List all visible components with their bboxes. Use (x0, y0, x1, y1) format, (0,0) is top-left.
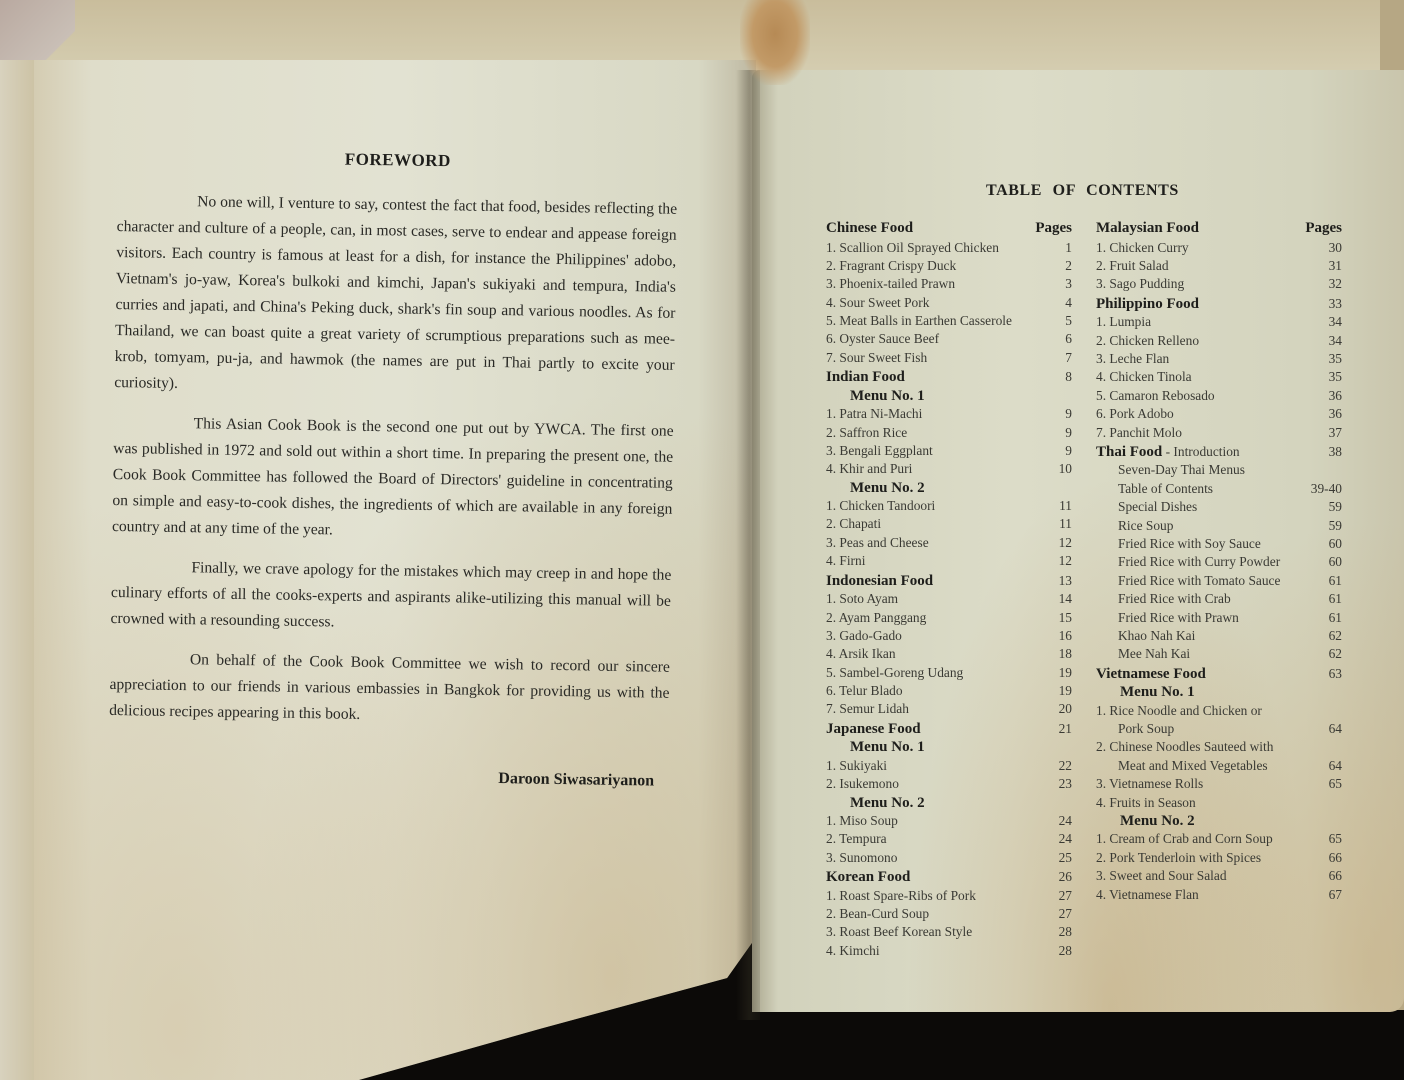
toc-entry-page: 10 (1046, 460, 1072, 478)
toc-entry-label: 3. Sunomono (826, 849, 1046, 867)
toc-entry: 1. Cream of Crab and Corn Soup65 (1096, 830, 1342, 848)
toc-entry-page: 64 (1316, 757, 1342, 775)
toc-entry-page: 36 (1316, 405, 1342, 423)
toc-entry-label: 1. Chicken Tandoori (826, 497, 1046, 515)
toc-entry: 2. Bean-Curd Soup27 (826, 905, 1072, 923)
toc-entry-page: 23 (1046, 775, 1072, 793)
toc-entry: Special Dishes59 (1096, 498, 1342, 516)
toc-entry-page: 14 (1046, 590, 1072, 608)
toc-entry: 4. Chicken Tinola35 (1096, 368, 1342, 386)
foreword-paragraph: No one will, I venture to say, contest t… (114, 188, 677, 405)
toc-entry-label: 5. Sambel-Goreng Udang (826, 664, 1046, 682)
toc-entry: 6. Oyster Sauce Beef6 (826, 330, 1072, 348)
toc-entry-page: 36 (1316, 387, 1342, 405)
toc-entry-label: 1. Lumpia (1096, 313, 1316, 331)
toc-entry-label: Menu No. 2 (826, 794, 1046, 812)
toc-entry-label: 3. Sweet and Sour Salad (1096, 867, 1316, 885)
toc-entry-label: 1. Roast Spare-Ribs of Pork (826, 887, 1046, 905)
toc-menu-heading: Menu No. 2 (826, 479, 1072, 497)
toc-entry-page: 16 (1046, 627, 1072, 645)
toc-entry: 3. Leche Flan35 (1096, 350, 1342, 368)
toc-entry-page: 67 (1316, 886, 1342, 904)
toc-entry-page: 66 (1316, 849, 1342, 867)
toc-entry-page: 34 (1316, 313, 1342, 331)
toc-entry-page: 19 (1046, 664, 1072, 682)
toc-entry: 1. Sukiyaki22 (826, 757, 1072, 775)
toc-menu-heading: Menu No. 2 (826, 794, 1072, 812)
toc-entry-label: Meat and Mixed Vegetables (1096, 757, 1316, 775)
toc-entry-page: 31 (1316, 257, 1342, 275)
toc-entry: 3. Peas and Cheese12 (826, 534, 1072, 552)
toc-entry-page: 61 (1316, 572, 1342, 590)
toc-entry: 3. Gado-Gado16 (826, 627, 1072, 645)
toc-entry-label: 3. Peas and Cheese (826, 534, 1046, 552)
toc-entry-label: 3. Phoenix-tailed Prawn (826, 275, 1046, 293)
toc-section-heading: Indonesian Food13 (826, 571, 1072, 591)
toc-entry: 1. Miso Soup24 (826, 812, 1072, 830)
toc-title: TABLE OF CONTENTS (986, 182, 1179, 200)
toc-entry-page: 35 (1316, 350, 1342, 368)
toc-entry-page: 32 (1316, 275, 1342, 293)
toc-entry-label: 1. Cream of Crab and Corn Soup (1096, 830, 1316, 848)
toc-entry-page: 62 (1316, 627, 1342, 645)
toc-entry-label: 5. Meat Balls in Earthen Casserole (826, 312, 1046, 330)
toc-entry-page: 12 (1046, 534, 1072, 552)
toc-entry-page: 33 (1316, 294, 1342, 314)
toc-entry: Fried Rice with Soy Sauce60 (1096, 535, 1342, 553)
toc-entry: 7. Panchit Molo37 (1096, 424, 1342, 442)
toc-menu-heading: Menu No. 1 (826, 738, 1072, 756)
toc-entry-page: 8 (1046, 367, 1072, 387)
toc-entry: 1. Rice Noodle and Chicken or (1096, 702, 1342, 720)
toc-entry: 1. Roast Spare-Ribs of Pork27 (826, 887, 1072, 905)
toc-entry-label: 3. Leche Flan (1096, 350, 1316, 368)
toc-entry: 4. Fruits in Season (1096, 794, 1342, 812)
toc-entry-page: 61 (1316, 590, 1342, 608)
paper-stain (740, 0, 810, 85)
toc-entry-label: Indonesian Food (826, 572, 1046, 592)
toc-entry-label: Menu No. 1 (1096, 683, 1316, 701)
toc-entry-page: 21 (1046, 719, 1072, 739)
foreword-paragraph: On behalf of the Cook Book Committee we … (109, 646, 670, 733)
toc-entry-page: 59 (1316, 498, 1342, 516)
toc-entry-page: 26 (1046, 867, 1072, 887)
toc-entry-page: 11 (1046, 497, 1072, 515)
toc-entry: 2. Chinese Noodles Sauteed with (1096, 738, 1342, 756)
toc-entry: 1. Soto Ayam14 (826, 590, 1072, 608)
toc-entry-label: Vietnamese Food (1096, 665, 1316, 685)
toc-entry-page: 60 (1316, 535, 1342, 553)
toc-entry-label: 1. Chicken Curry (1096, 239, 1316, 257)
toc-entry-label: Indian Food (826, 368, 1046, 388)
toc-entry-page: 37 (1316, 424, 1342, 442)
toc-entry: 3. Vietnamese Rolls65 (1096, 775, 1342, 793)
toc-section-heading: Vietnamese Food63 (1096, 664, 1342, 684)
toc-entry-label: Seven-Day Thai Menus (1096, 461, 1316, 479)
toc-entry: 4. Khir and Puri10 (826, 460, 1072, 478)
toc-entry-label: 4. Arsik Ikan (826, 645, 1046, 663)
toc-entry-label: Thai Food - Introduction (1096, 442, 1316, 463)
toc-entry: 2. Pork Tenderloin with Spices66 (1096, 849, 1342, 867)
toc-entry: Meat and Mixed Vegetables64 (1096, 757, 1342, 775)
toc-section-heading: Japanese Food21 (826, 719, 1072, 739)
toc-entry-label: 4. Chicken Tinola (1096, 368, 1316, 386)
toc-entry-page: 9 (1046, 424, 1072, 442)
toc-entry: 3. Roast Beef Korean Style28 (826, 923, 1072, 941)
toc-entry-page: 39-40 (1307, 480, 1342, 498)
toc-entry: Mee Nah Kai62 (1096, 645, 1342, 663)
toc-entry-page: 28 (1046, 942, 1072, 960)
toc-section-heading: Philippino Food33 (1096, 294, 1342, 314)
toc-entry-page: 60 (1316, 553, 1342, 571)
toc-entry-page: 7 (1046, 349, 1072, 367)
toc-entry: 1. Scallion Oil Sprayed Chicken1 (826, 239, 1072, 257)
toc-entry-page: 2 (1046, 257, 1072, 275)
toc-entry-label: 3. Sago Pudding (1096, 275, 1316, 293)
toc-entry-label: 3. Gado-Gado (826, 627, 1046, 645)
toc-entry-label: 7. Sour Sweet Fish (826, 349, 1046, 367)
toc-entry: 2. Fragrant Crispy Duck2 (826, 257, 1072, 275)
toc-entry-page: 34 (1316, 332, 1342, 350)
toc-entry: 2. Chapati11 (826, 515, 1072, 533)
toc-entry-label: 7. Panchit Molo (1096, 424, 1316, 442)
toc-entry-page: 28 (1046, 923, 1072, 941)
toc-entry-label: 2. Tempura (826, 830, 1046, 848)
toc-entry-label: 3. Roast Beef Korean Style (826, 923, 1046, 941)
toc-entry: 2. Fruit Salad31 (1096, 257, 1342, 275)
toc-entry-page: 22 (1046, 757, 1072, 775)
toc-entry-label: Menu No. 1 (826, 387, 1046, 405)
toc-section-heading: Thai Food - Introduction38 (1096, 442, 1342, 462)
toc-entry-label: 2. Chicken Relleno (1096, 332, 1316, 350)
toc-entry-page: Pages (1031, 219, 1072, 239)
toc-section-heading: Malaysian FoodPages (1096, 219, 1342, 239)
toc-entry-label: Menu No. 2 (1096, 812, 1316, 830)
toc-entry: 2. Ayam Panggang15 (826, 609, 1072, 627)
toc-entry-page: 59 (1316, 517, 1342, 535)
toc-entry: 5. Sambel-Goreng Udang19 (826, 664, 1072, 682)
toc-entry: Fried Rice with Tomato Sauce61 (1096, 572, 1342, 590)
toc-entry: 4. Kimchi28 (826, 942, 1072, 960)
toc-entry: 4. Firni12 (826, 552, 1072, 570)
toc-entry: 1. Patra Ni-Machi9 (826, 405, 1072, 423)
toc-entry-label: Chinese Food (826, 219, 1031, 239)
toc-entry: Pork Soup64 (1096, 720, 1342, 738)
toc-entry: 3. Phoenix-tailed Prawn3 (826, 275, 1072, 293)
foreword-paragraph: Finally, we crave apology for the mistak… (110, 554, 671, 641)
toc-entry-label: 6. Pork Adobo (1096, 405, 1316, 423)
toc-entry-label: 4. Sour Sweet Pork (826, 294, 1046, 312)
toc-entry-page: 65 (1316, 775, 1342, 793)
toc-entry-label: 1. Sukiyaki (826, 757, 1046, 775)
toc-menu-heading: Menu No. 1 (826, 387, 1072, 405)
toc-entry-page: 66 (1316, 867, 1342, 885)
toc-entry: Table of Contents39-40 (1096, 480, 1342, 498)
toc-entry: 5. Camaron Rebosado36 (1096, 387, 1342, 405)
toc-entry: Khao Nah Kai62 (1096, 627, 1342, 645)
toc-entry-label: 5. Camaron Rebosado (1096, 387, 1316, 405)
toc-entry-label: Fried Rice with Crab (1096, 590, 1316, 608)
toc-entry-label: 3. Bengali Eggplant (826, 442, 1046, 460)
toc-entry-label: Menu No. 1 (826, 738, 1046, 756)
toc-entry: 1. Chicken Curry30 (1096, 239, 1342, 257)
toc-entry: Fried Rice with Crab61 (1096, 590, 1342, 608)
toc-entry-label: Table of Contents (1096, 480, 1307, 498)
toc-entry: Rice Soup59 (1096, 517, 1342, 535)
toc-entry-label: 6. Telur Blado (826, 682, 1046, 700)
toc-entry-page: 64 (1316, 720, 1342, 738)
toc-entry-label: 2. Chinese Noodles Sauteed with (1096, 738, 1316, 756)
toc-entry-page: 24 (1046, 830, 1072, 848)
toc-entry-label: Pork Soup (1096, 720, 1316, 738)
toc-entry-label: Korean Food (826, 868, 1046, 888)
toc-menu-heading: Menu No. 2 (1096, 812, 1342, 830)
toc-entry-label: 2. Fragrant Crispy Duck (826, 257, 1046, 275)
toc-entry-label: 4. Vietnamese Flan (1096, 886, 1316, 904)
toc-entry-label: 2. Pork Tenderloin with Spices (1096, 849, 1316, 867)
toc-entry-page: 20 (1046, 700, 1072, 718)
toc-entry-label: 4. Firni (826, 552, 1046, 570)
toc-entry-page: 38 (1316, 442, 1342, 462)
toc-entry: 3. Sago Pudding32 (1096, 275, 1342, 293)
toc-entry-label: 1. Soto Ayam (826, 590, 1046, 608)
toc-entry-page: 9 (1046, 442, 1072, 460)
foreword-paragraph: This Asian Cook Book is the second one p… (112, 410, 674, 549)
toc-entry-page: 65 (1316, 830, 1342, 848)
toc-entry-label: Fried Rice with Prawn (1096, 609, 1316, 627)
toc-entry: Fried Rice with Prawn61 (1096, 609, 1342, 627)
toc-entry: 3. Sunomono25 (826, 849, 1072, 867)
toc-entry: 2. Isukemono23 (826, 775, 1072, 793)
toc-menu-heading: Menu No. 1 (1096, 683, 1342, 701)
foreword: FOREWORD No one will, I venture to say, … (108, 146, 678, 791)
toc-entry-label: Fried Rice with Curry Powder (1096, 553, 1316, 571)
toc-entry: 3. Bengali Eggplant9 (826, 442, 1072, 460)
toc-entry: 5. Meat Balls in Earthen Casserole5 (826, 312, 1072, 330)
toc-entry-page: 27 (1046, 887, 1072, 905)
toc-entry-label: Malaysian Food (1096, 219, 1301, 239)
toc-section-heading: Chinese FoodPages (826, 219, 1072, 239)
toc-entry-page: 30 (1316, 239, 1342, 257)
toc-entry: 3. Sweet and Sour Salad66 (1096, 867, 1342, 885)
toc-entry: 4. Arsik Ikan18 (826, 645, 1072, 663)
toc-entry-page: 19 (1046, 682, 1072, 700)
toc-left-column: Chinese FoodPages1. Scallion Oil Sprayed… (826, 219, 1072, 960)
toc-entry-label: 7. Semur Lidah (826, 700, 1046, 718)
toc-entry-page: 63 (1316, 664, 1342, 684)
toc-entry: 4. Sour Sweet Pork4 (826, 294, 1072, 312)
toc-entry-label: 3. Vietnamese Rolls (1096, 775, 1316, 793)
toc-entry-label: 2. Fruit Salad (1096, 257, 1316, 275)
toc-entry-label: Fried Rice with Soy Sauce (1096, 535, 1316, 553)
toc-section-heading: Korean Food26 (826, 867, 1072, 887)
toc-entry-page: 9 (1046, 405, 1072, 423)
toc-entry-page: 13 (1046, 571, 1072, 591)
toc-entry: 1. Lumpia34 (1096, 313, 1342, 331)
toc-entry-label: 2. Isukemono (826, 775, 1046, 793)
toc-entry-label: Menu No. 2 (826, 479, 1046, 497)
toc-entry-page: 6 (1046, 330, 1072, 348)
background-underpage-left (0, 60, 36, 1080)
toc-entry-label: Special Dishes (1096, 498, 1316, 516)
toc-entry-page: Pages (1301, 219, 1342, 239)
book-spine (736, 70, 760, 1020)
toc-entry-label: 1. Scallion Oil Sprayed Chicken (826, 239, 1046, 257)
toc-entry-label: 4. Fruits in Season (1096, 794, 1316, 812)
toc-entry-page: 18 (1046, 645, 1072, 663)
toc-entry-page: 12 (1046, 552, 1072, 570)
toc-entry-label: Japanese Food (826, 720, 1046, 740)
toc-entry-label: 4. Khir and Puri (826, 460, 1046, 478)
toc-entry-page: 27 (1046, 905, 1072, 923)
toc-entry-page: 1 (1046, 239, 1072, 257)
toc-entry-intro: - Introduction (1162, 444, 1239, 459)
toc-entry: 2. Saffron Rice9 (826, 424, 1072, 442)
toc-entry: 7. Sour Sweet Fish7 (826, 349, 1072, 367)
toc-entry-page: 3 (1046, 275, 1072, 293)
toc-entry-page: 62 (1316, 645, 1342, 663)
toc-entry-label: Mee Nah Kai (1096, 645, 1316, 663)
toc-entry-label: Philippino Food (1096, 295, 1316, 315)
toc-entry-page: 11 (1046, 515, 1072, 533)
toc-entry-page: 5 (1046, 312, 1072, 330)
toc-entry-page: 25 (1046, 849, 1072, 867)
toc-entry: 1. Chicken Tandoori11 (826, 497, 1072, 515)
toc-entry-page: 35 (1316, 368, 1342, 386)
toc-entry: 6. Pork Adobo36 (1096, 405, 1342, 423)
toc-entry: 2. Tempura24 (826, 830, 1072, 848)
toc-entry-page: 61 (1316, 609, 1342, 627)
toc-section-heading: Indian Food8 (826, 367, 1072, 387)
toc-entry: 4. Vietnamese Flan67 (1096, 886, 1342, 904)
toc-entry-label: 2. Chapati (826, 515, 1046, 533)
toc-entry-label: 1. Patra Ni-Machi (826, 405, 1046, 423)
toc-entry-label: 2. Bean-Curd Soup (826, 905, 1046, 923)
toc-entry: Seven-Day Thai Menus (1096, 461, 1342, 479)
toc-entry: 6. Telur Blado19 (826, 682, 1072, 700)
toc-entry: Fried Rice with Curry Powder60 (1096, 553, 1342, 571)
toc-entry-label: Rice Soup (1096, 517, 1316, 535)
toc-right-column: Malaysian FoodPages1. Chicken Curry302. … (1096, 219, 1342, 904)
toc-entry: 2. Chicken Relleno34 (1096, 332, 1342, 350)
toc-entry-page: 15 (1046, 609, 1072, 627)
toc-entry-label: 1. Rice Noodle and Chicken or (1096, 702, 1316, 720)
toc-entry-page: 4 (1046, 294, 1072, 312)
toc-entry-label: 2. Saffron Rice (826, 424, 1046, 442)
toc-entry: 7. Semur Lidah20 (826, 700, 1072, 718)
toc-entry-label: 1. Miso Soup (826, 812, 1046, 830)
toc-entry-label: Khao Nah Kai (1096, 627, 1316, 645)
toc-entry-page: 24 (1046, 812, 1072, 830)
toc-entry-label: 2. Ayam Panggang (826, 609, 1046, 627)
toc-entry-label: 4. Kimchi (826, 942, 1046, 960)
toc-entry-label: Fried Rice with Tomato Sauce (1096, 572, 1316, 590)
toc-entry-label: 6. Oyster Sauce Beef (826, 330, 1046, 348)
